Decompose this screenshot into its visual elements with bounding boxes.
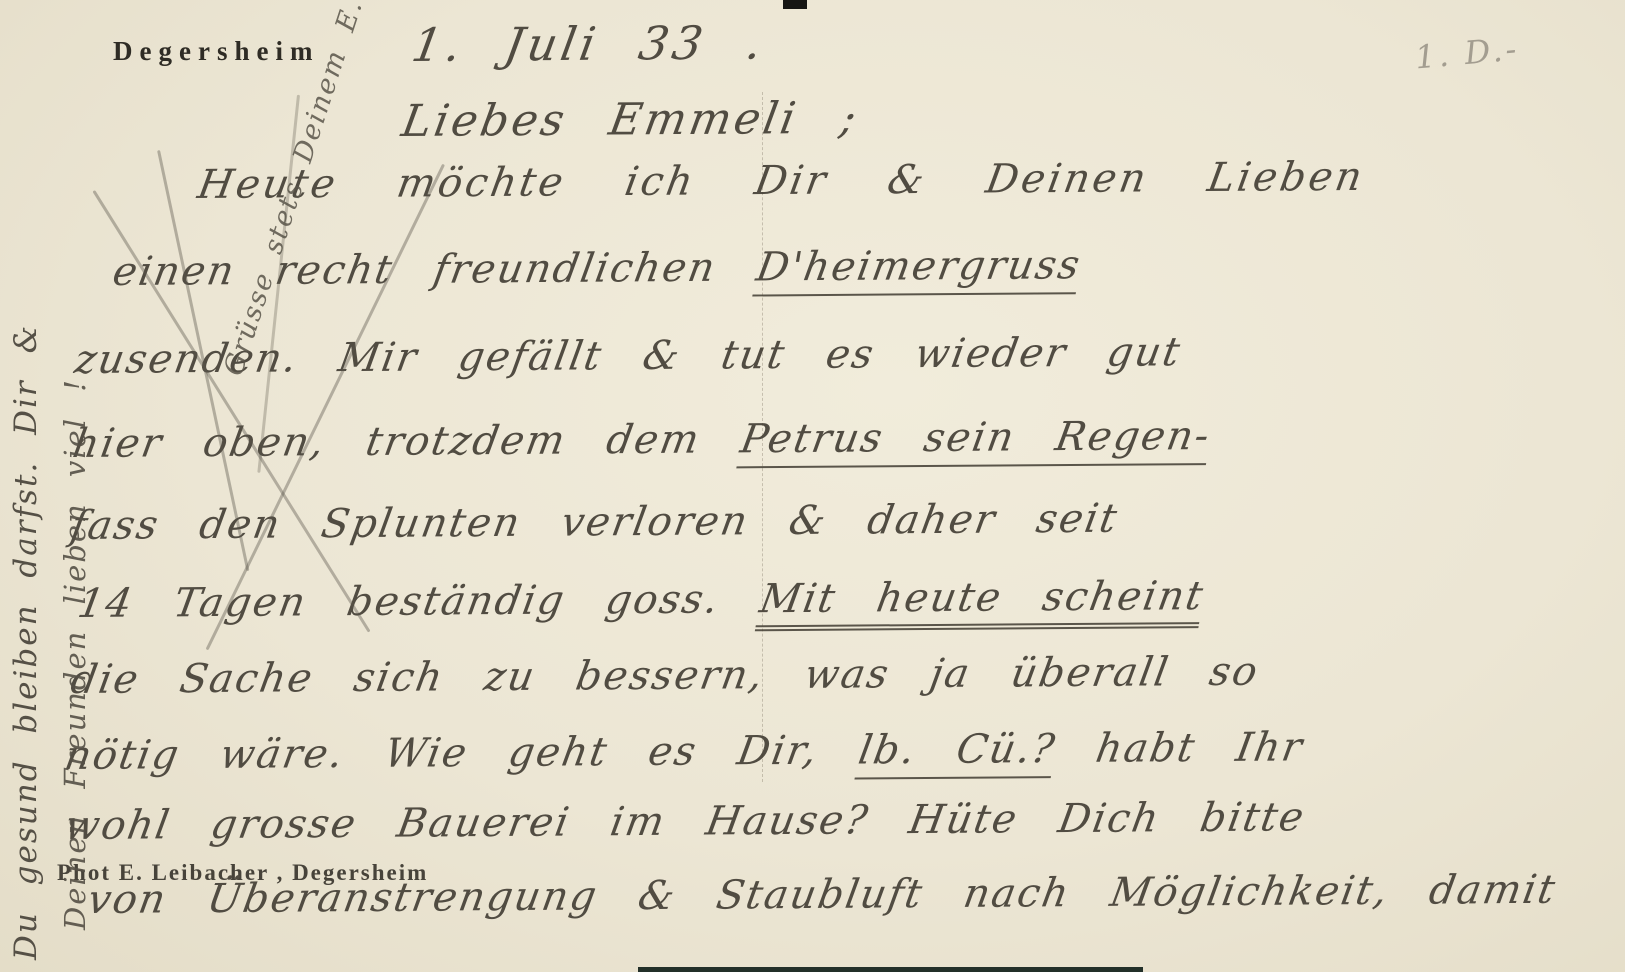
greeting-line: Liebes Emmeli ;	[398, 93, 863, 147]
scan-notch-top	[783, 0, 807, 9]
printed-location: Degersheim	[113, 36, 319, 67]
postcard-scan: Degersheim Phot E. Leibacher , Degershei…	[0, 0, 1625, 972]
handwriting-line: wohl grosse Bauerei im Hause? Hüte Dich …	[62, 797, 1308, 846]
center-crease	[762, 92, 763, 782]
scan-edge-bottom	[638, 967, 1143, 972]
line-text: die Sache sich zu bessern, was ja überal…	[67, 649, 1262, 703]
line-text: nötig wäre. Wie geht es Dir,	[61, 727, 862, 779]
handwriting-line: von Überanstrengung & Staubluft nach Mög…	[85, 870, 1560, 920]
line-text: fass den Splunten verloren & daher seit	[67, 496, 1121, 549]
underlined-word: D'heimergruss	[752, 242, 1085, 296]
handwriting-line: die Sache sich zu bessern, was ja überal…	[68, 652, 1262, 700]
underlined-word: lb. Cü.?	[854, 726, 1059, 779]
handwriting-line: 14 Tagen beständig goss. Mit heute schei…	[75, 576, 1207, 624]
pen-scribble	[206, 164, 445, 651]
line-text: von Überanstrengung & Staubluft nach Mög…	[84, 867, 1560, 923]
line-text: einen recht freundlichen	[109, 245, 760, 295]
date-line: 1. Juli 33 .	[408, 16, 770, 72]
handwriting-line: fass den Splunten verloren & daher seit	[68, 499, 1121, 546]
margin-note-inner: Deinen Freunden lieben viel !	[58, 378, 92, 930]
handwriting-line: Heute möchte ich Dir & Deinen Lieben	[195, 157, 1368, 205]
handwriting-line: nötig wäre. Wie geht es Dir, lb. Cü.? ha…	[62, 727, 1307, 776]
pencil-note: 1. D.-	[1414, 30, 1521, 77]
margin-note-outer: Du gesund bleiben darfst. Dir &	[8, 324, 44, 960]
underlined-word: Petrus sein Regen-	[736, 413, 1214, 468]
double-underlined-word: Mit heute scheint	[755, 573, 1208, 631]
line-text: Heute möchte ich Dir & Deinen Lieben	[194, 154, 1368, 208]
line-text: 14 Tagen beständig goss.	[74, 576, 764, 627]
handwriting-line: hier oben, trotzdem dem Petrus sein Rege…	[70, 416, 1214, 464]
line-text: habt Ihr	[1052, 724, 1307, 772]
line-text: wohl grosse Bauerei im Hause? Hüte Dich …	[61, 794, 1308, 849]
line-text: hier oben, trotzdem dem	[69, 416, 744, 467]
